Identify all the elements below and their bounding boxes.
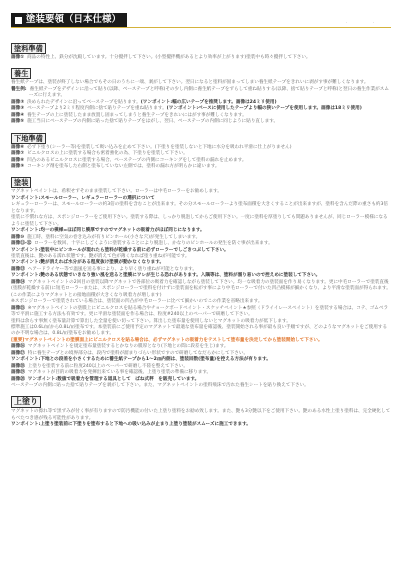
- paragraph: レギュラーローラーは、スモールローラーの約3倍の塗料を含むことが出来ます。その分…: [11, 202, 391, 215]
- page-title-text: 塗装要領（日本仕様）: [26, 13, 121, 27]
- section-heading: 上塗り: [11, 396, 41, 408]
- section-heading: 下地準備: [11, 133, 46, 144]
- document-page: 塗装要領（日本仕様） 塗料準備 画像①商品の特性上、鉄分が沈殿しています。十分攪…: [11, 13, 391, 429]
- section-heading: 養生: [11, 68, 31, 79]
- section-paint-prep: 塗料準備 画像①商品の特性上、鉄分が沈殿しています。十分攪拌して下さい。(小型攪…: [11, 36, 391, 61]
- example-line: 養生例:養生紙テープをデザインに沿って貼り(以降、ベーステープと呼称)その少し内…: [11, 87, 391, 100]
- square-bullet-icon: [15, 17, 22, 24]
- step-line: 画像⑭マグネットペイントの2回目の塗装以降マグネットで各部位の吸着力を確認しなが…: [11, 280, 391, 299]
- paragraph: マグネットの擦れ等で黒ずみが付く事が有りますので防汚機能の付いた上塗り塗料をお勧…: [11, 409, 391, 422]
- section-heading: 塗料準備: [11, 43, 46, 54]
- one-point-tip: ワンポイント:上塗り塗装前に下塗りを塗布すると下地への吸い込みが止まり上塗り塗装…: [11, 422, 391, 428]
- section-base-prep: 下地準備 画像⑥必ず下塗り(シーラー等)を塗装して吸い込みを止めて下さい。(下塗…: [11, 126, 391, 171]
- title-bar: 塗装要領（日本仕様）: [11, 13, 391, 28]
- step-line: 画像⑮※マグネットペイントの塗膜上にビニルクロスを貼る場合やチョークボードペイン…: [11, 306, 391, 319]
- section-heading: 塗装: [11, 177, 31, 188]
- section-painting: 塗装 マグネットペイントは、希釈せずそのまま塗装して下さい。ローラーは中毛ローラ…: [11, 170, 391, 389]
- section-topcoat: 上塗り マグネットの擦れ等で黒ずみが付く事が有りますので防汚機能の付いた上塗り塗…: [11, 389, 391, 428]
- section-masking: 養生 養生紙テープは、塗装が終了しない場合でもその日のうちに一端、剥がして下さい…: [11, 61, 391, 125]
- page-title: 塗装要領（日本仕様）: [11, 13, 127, 27]
- paragraph: 標準施工は0.6L/㎡から0.8L/㎡塗布です。本塗装前にご使用予定のマグネット…: [11, 325, 391, 338]
- paragraph: 塗装に不慣れな方は、スポンジローラーをご使用下さい。塗装する際は、しっかり脱泡し…: [11, 215, 391, 228]
